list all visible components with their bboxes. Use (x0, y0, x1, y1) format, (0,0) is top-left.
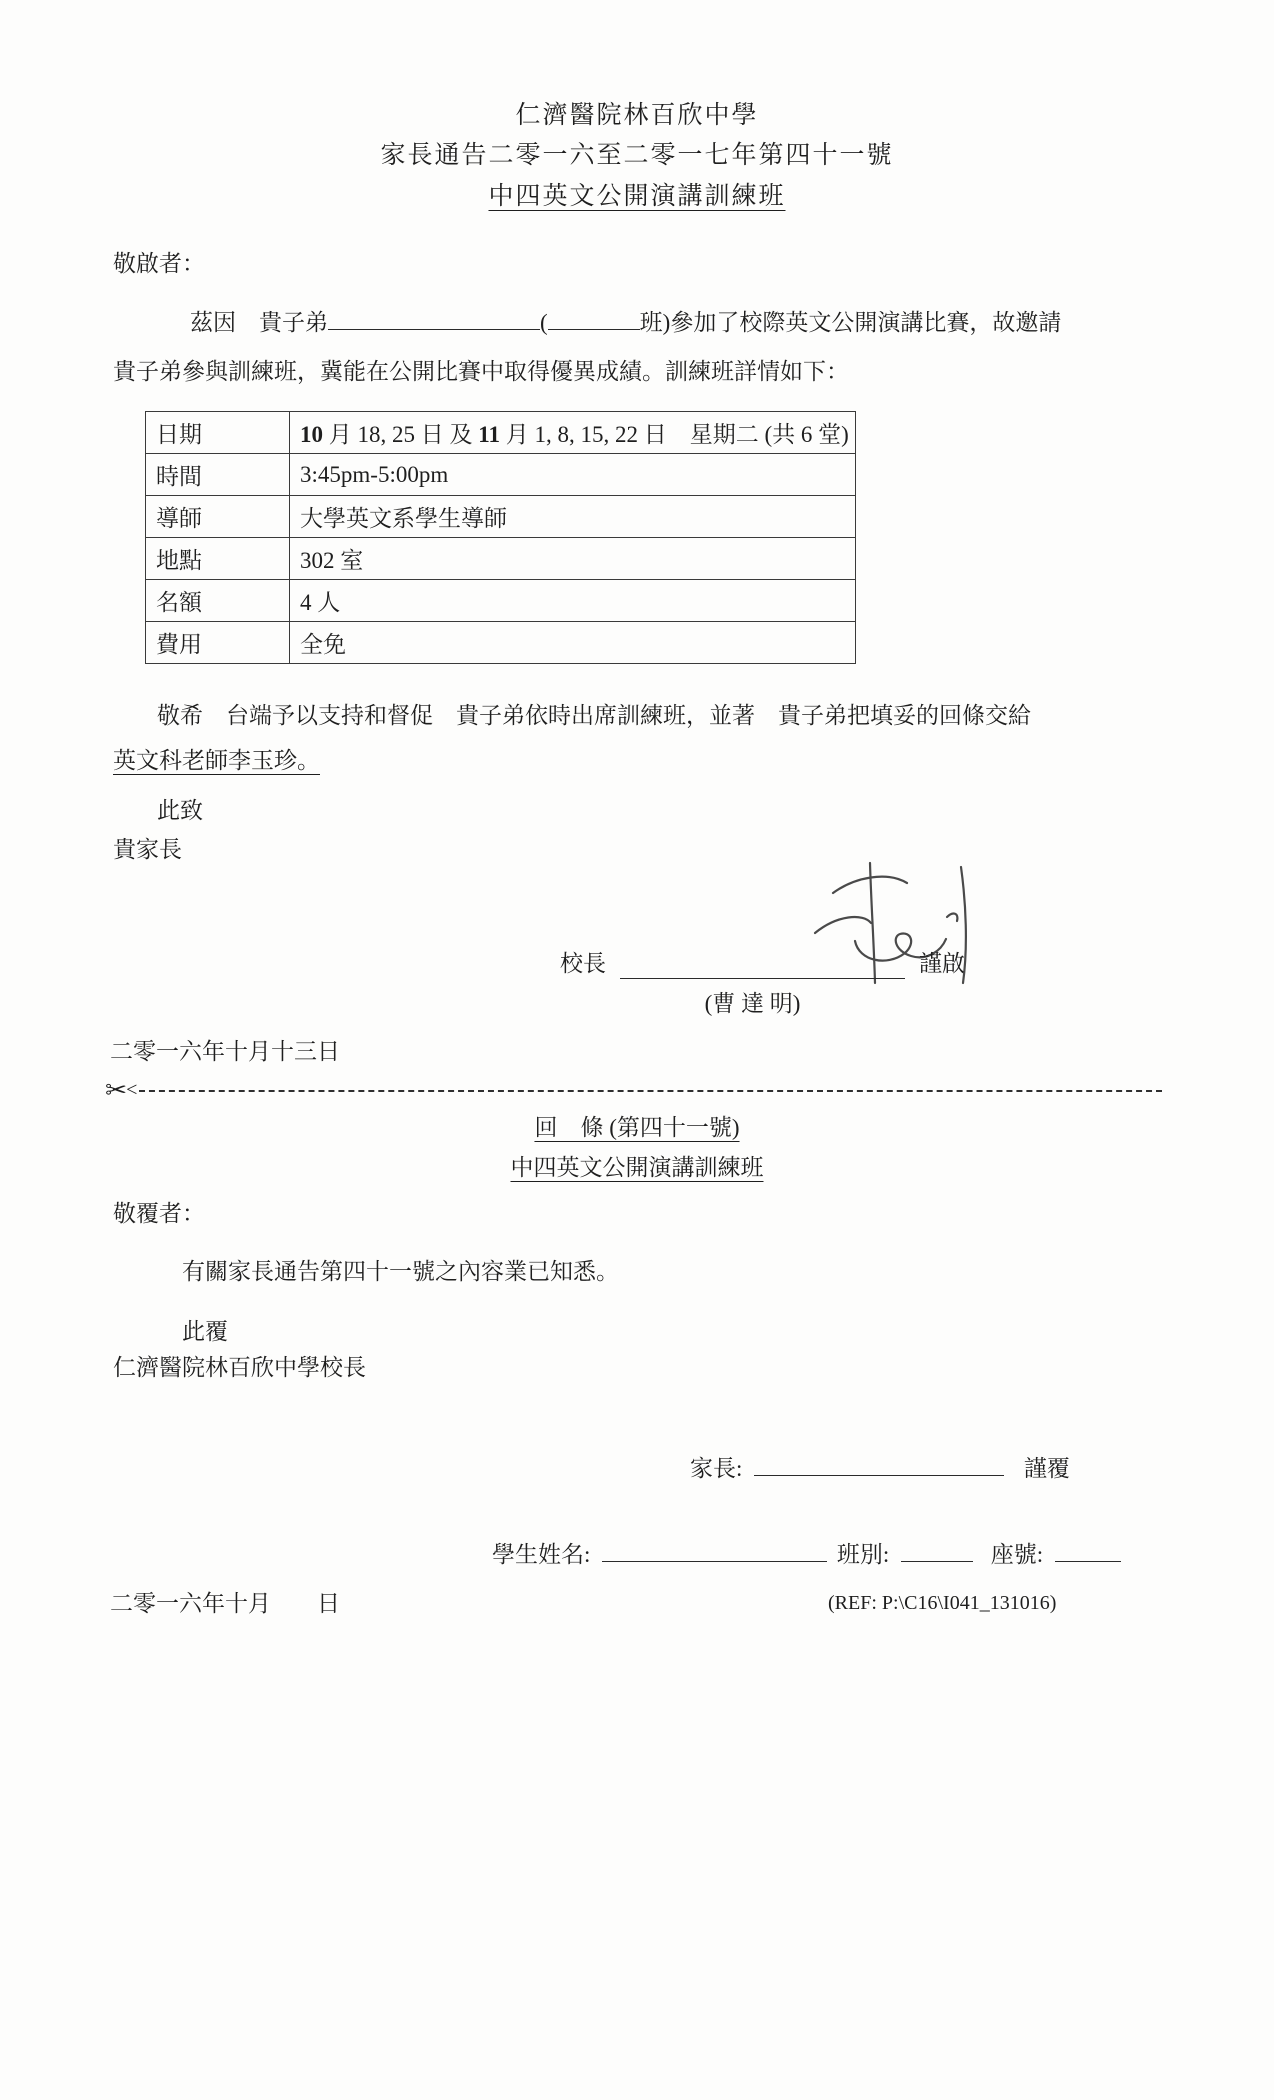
row-venue-label: 地點 (146, 538, 290, 580)
dashed-rule (139, 1090, 1162, 1092)
para1-after-class: 班)參加了校際英文公開演講比賽，故邀請 (640, 310, 1062, 335)
date-month2: 11 (478, 422, 500, 447)
teacher-name-underlined: 英文科老師李玉珍。 (113, 748, 320, 773)
student-name-blank2 (602, 1538, 827, 1562)
row-time-label: 時間 (146, 454, 290, 496)
row-tutor-value: 大學英文系學生導師 (290, 496, 856, 538)
scanned-notice-page: 仁濟醫院林百欣中學 家長通告二零一六至二零一七年第四十一號 中四英文公開演講訓練… (0, 0, 1274, 2100)
notice-subject: 中四英文公開演講訓練班 (0, 176, 1274, 212)
notice-subject-text: 中四英文公開演講訓練班 (488, 183, 785, 210)
class-blank2 (901, 1538, 973, 1562)
date-month1: 10 (300, 422, 323, 447)
table-row: 時間 3:45pm-5:00pm (146, 454, 856, 496)
parent-sign-row: 家長: 謹覆 (690, 1452, 1070, 1484)
closing-recipient: 貴家長 (113, 834, 182, 865)
para2-line2: 英文科老師李玉珍。 (113, 745, 320, 776)
principal-signature-line (620, 955, 905, 979)
para1-before-name: 茲因 貴子弟 (190, 310, 328, 335)
seat-label: 座號: (991, 1542, 1043, 1567)
reply-slip-title: 回 條 (第四十一號) (0, 1112, 1274, 1143)
reply-slip-subject: 中四英文公開演講訓練班 (0, 1152, 1274, 1183)
parent-respect: 謹覆 (1024, 1456, 1070, 1481)
reply-addressee: 仁濟醫院林百欣中學校長 (113, 1352, 366, 1383)
reply-salutation: 敬覆者： (113, 1198, 205, 1229)
seat-blank (1055, 1538, 1121, 1562)
table-row: 名額 4 人 (146, 580, 856, 622)
closing-word: 此致 (157, 795, 203, 826)
row-fee-label: 費用 (146, 622, 290, 664)
scissors-icon: ✂ (105, 1076, 127, 1105)
reply-date: 二零一六年十月 日 (110, 1588, 340, 1619)
class-blank (548, 306, 640, 330)
details-table: 日期 10 月 18, 25 日 及 11 月 1, 8, 15, 22 日 星… (145, 411, 856, 664)
row-tutor-label: 導師 (146, 496, 290, 538)
date-days2: 月 1, 8, 15, 22 日 星期二 (共 6 堂) (500, 422, 849, 447)
principal-title: 校長 (560, 948, 606, 979)
para1-open-paren: ( (540, 310, 548, 335)
student-info-row: 學生姓名: 班別: 座號: (492, 1538, 1121, 1570)
parent-signature-blank (754, 1452, 1004, 1476)
cut-line: ✂ < (106, 1076, 1162, 1105)
row-quota-value: 4 人 (290, 580, 856, 622)
table-row: 導師 大學英文系學生導師 (146, 496, 856, 538)
class-label: 班別: (837, 1542, 889, 1567)
row-venue-value: 302 室 (290, 538, 856, 580)
row-fee-value: 全免 (290, 622, 856, 664)
table-row: 費用 全免 (146, 622, 856, 664)
notice-date: 二零一六年十月十三日 (110, 1036, 340, 1067)
para1-line2: 貴子弟參與訓練班，冀能在公開比賽中取得優異成績。訓練班詳情如下： (113, 356, 849, 387)
school-name: 仁濟醫院林百欣中學 (0, 95, 1274, 131)
student-name-label: 學生姓名: (492, 1542, 590, 1567)
row-quota-label: 名額 (146, 580, 290, 622)
date-days1: 月 18, 25 日 及 (323, 422, 478, 447)
scissors-tail: < (126, 1079, 137, 1102)
reply-slip-title-text: 回 條 (第四十一號) (534, 1115, 739, 1140)
table-row: 地點 302 室 (146, 538, 856, 580)
para1-line1: 茲因 貴子弟(班)參加了校際英文公開演講比賽，故邀請 (190, 306, 1061, 338)
para2-line1: 敬希 台端予以支持和督促 貴子弟依時出席訓練班，並著 貴子弟把填妥的回條交給 (157, 700, 1031, 731)
principal-name: (曹 達 明) (610, 988, 895, 1019)
reply-closing-word: 此覆 (182, 1316, 228, 1347)
reply-slip-subject-text: 中四英文公開演講訓練班 (511, 1155, 764, 1180)
salutation: 敬啟者： (113, 248, 205, 279)
row-time-value: 3:45pm-5:00pm (290, 454, 856, 496)
signature-row: 校長 謹啟 (560, 948, 965, 979)
student-name-blank (328, 306, 540, 330)
notice-number: 家長通告二零一六至二零一七年第四十一號 (0, 135, 1274, 171)
row-date-label: 日期 (146, 412, 290, 454)
parent-label: 家長: (690, 1456, 742, 1481)
file-reference: (REF: P:\C16\I041_131016) (828, 1590, 1056, 1617)
respect-closing: 謹啟 (919, 948, 965, 979)
row-date-value: 10 月 18, 25 日 及 11 月 1, 8, 15, 22 日 星期二 … (290, 412, 856, 454)
reply-body: 有關家長通告第四十一號之內容業已知悉。 (182, 1256, 619, 1287)
table-row: 日期 10 月 18, 25 日 及 11 月 1, 8, 15, 22 日 星… (146, 412, 856, 454)
